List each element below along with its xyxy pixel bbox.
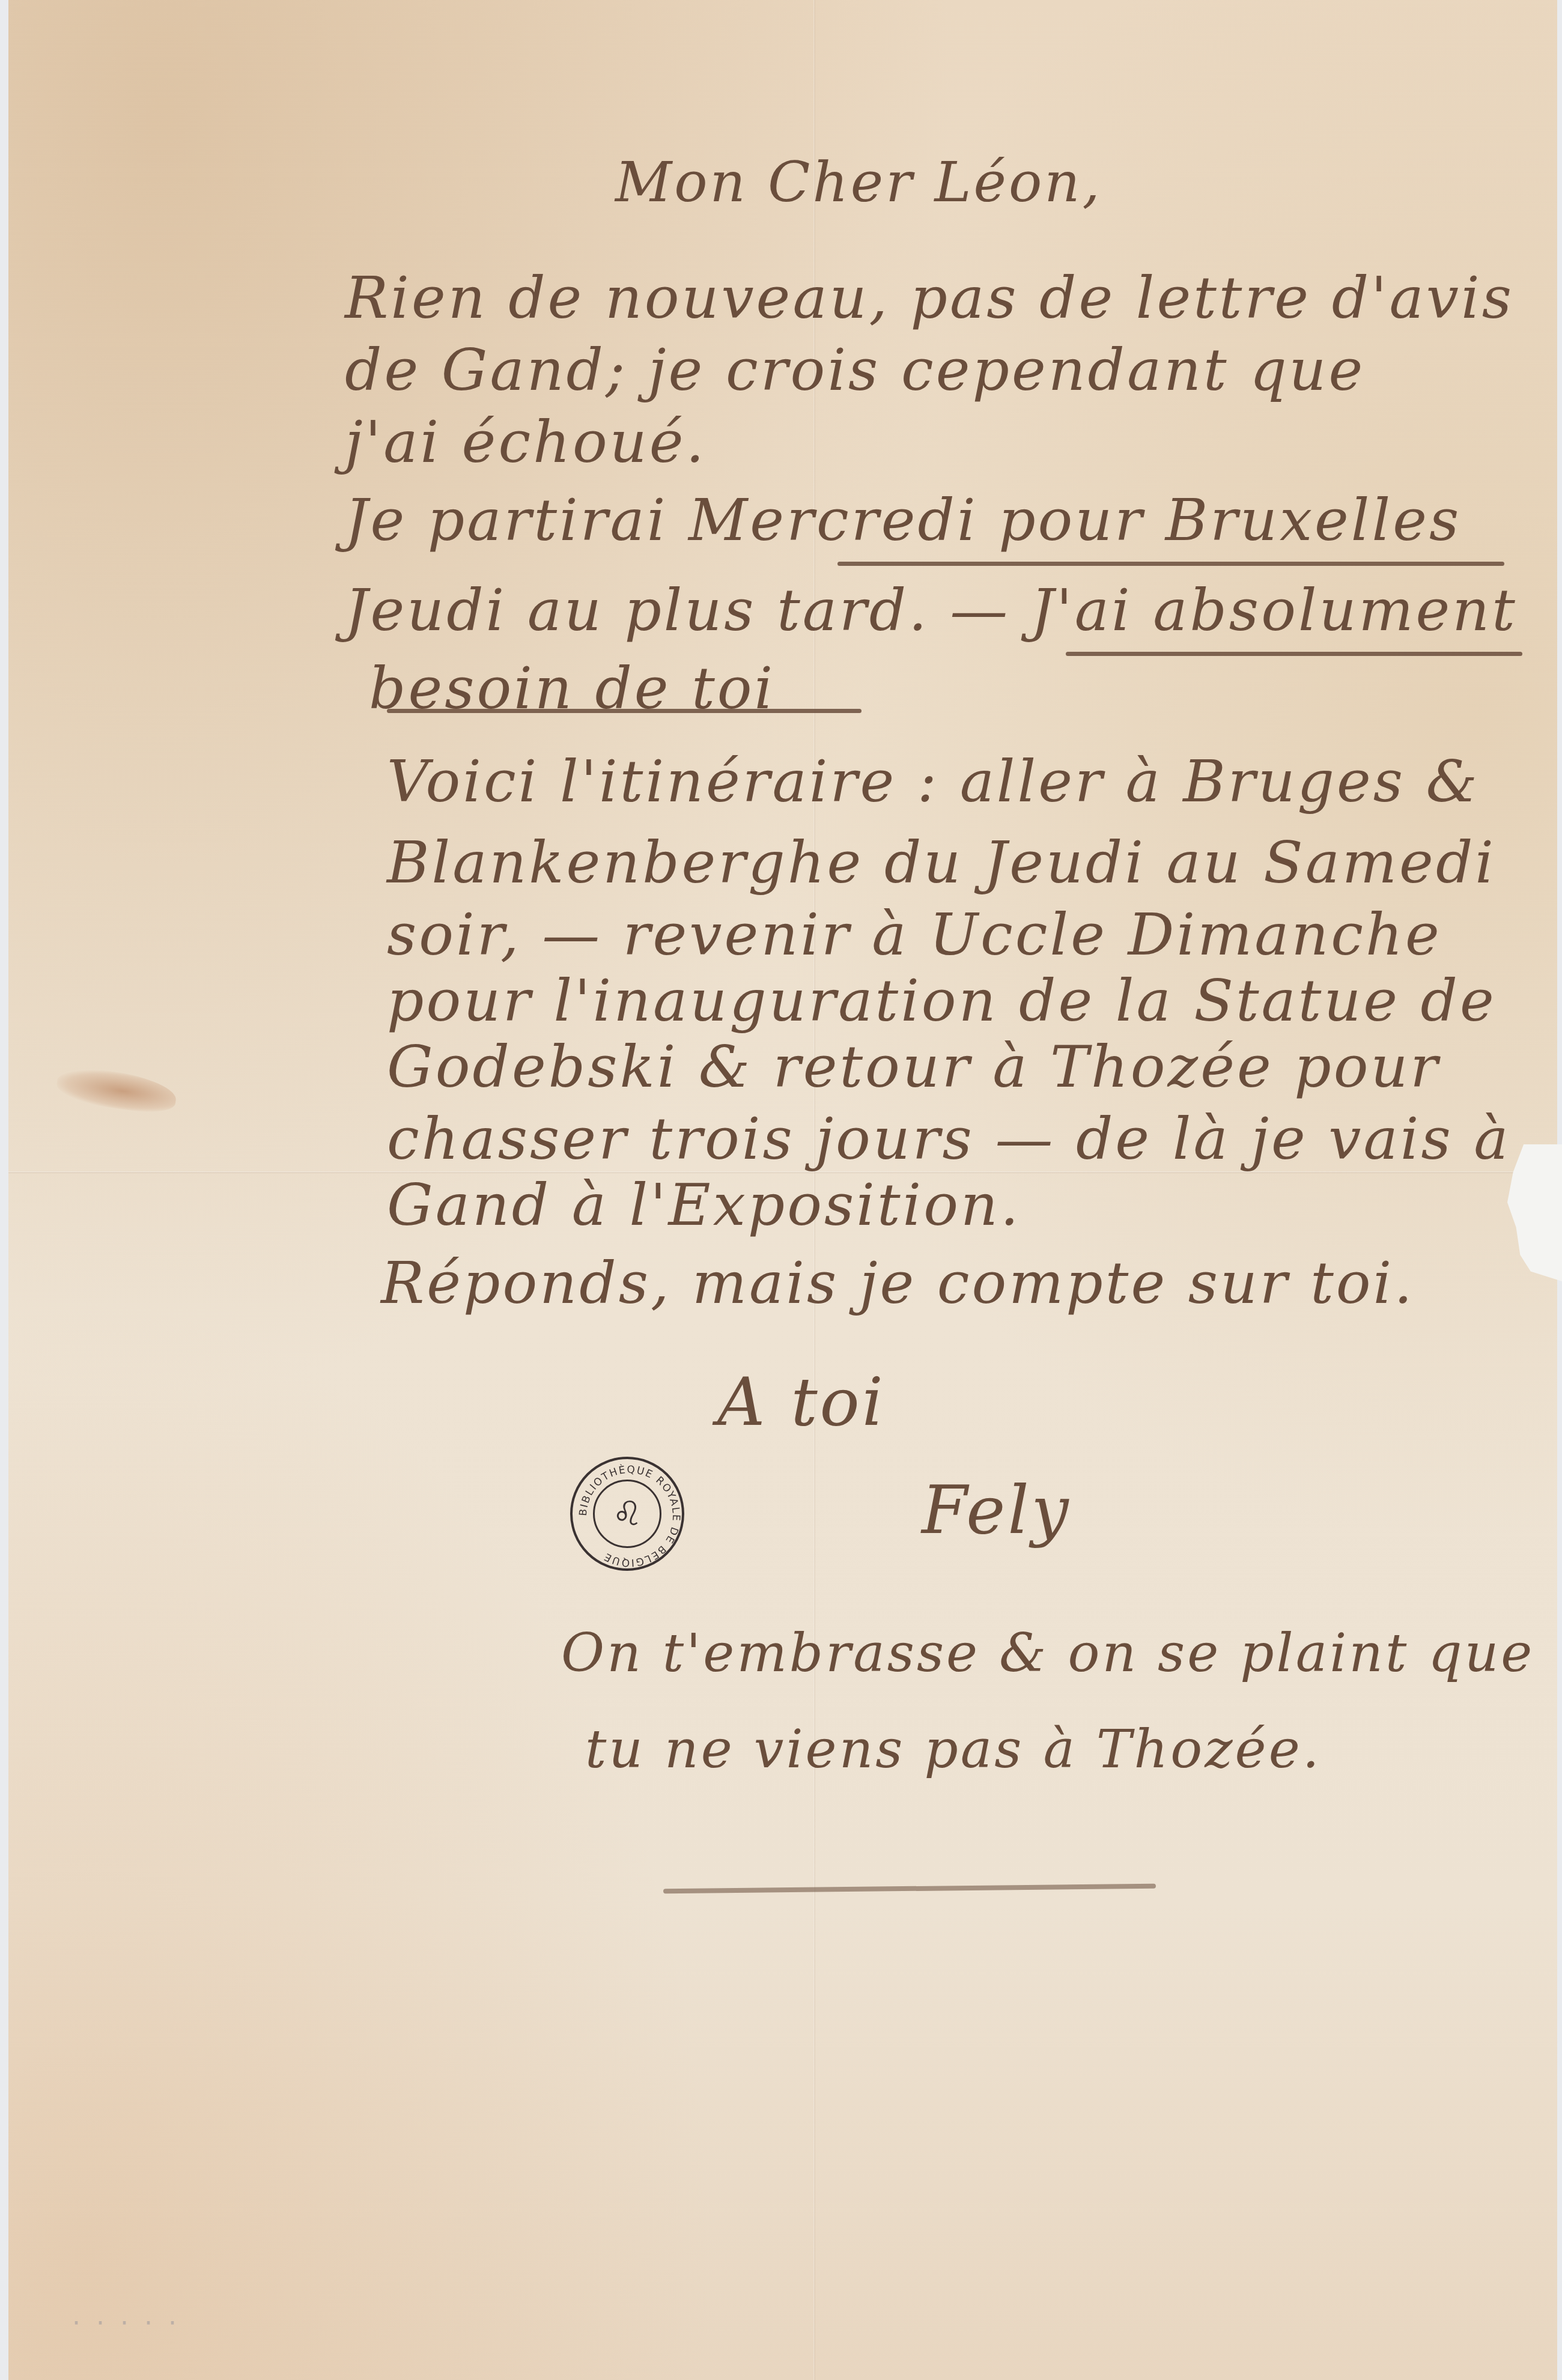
library-stamp: BIBLIOTHÈQUE ROYALE DE BELGIQUE ♌ (570, 1457, 684, 1571)
closing-flourish-line (663, 1884, 1156, 1894)
section-divider (387, 709, 862, 713)
body-line-8: Blankenberghe du Jeudi au Samedi (387, 829, 1496, 896)
underline-mercredi-bruxelles (837, 562, 1504, 566)
postscript-line-1: On t'embrasse & on se plaint que (561, 1622, 1534, 1684)
body-line-1: Rien de nouveau, pas de lettre d'avis (345, 264, 1514, 332)
lion-rampant-icon: ♌ (593, 1480, 661, 1548)
signature: Fely (922, 1472, 1071, 1549)
torn-edge (1507, 1144, 1562, 1283)
body-line-11: Godebski & retour à Thozée pour (387, 1033, 1440, 1100)
greeting: Mon Cher Léon, (615, 150, 1102, 214)
body-line-2: de Gand; je crois cependant que (345, 336, 1365, 404)
body-line-13: Gand à l'Exposition. (387, 1171, 1021, 1239)
body-line-4: Je partirai Mercredi pour Bruxelles (345, 487, 1461, 554)
postscript-line-2: tu ne viens pas à Thozée. (585, 1718, 1322, 1780)
closing: A toi (717, 1364, 886, 1440)
body-line-5: Jeudi au plus tard. — J'ai absolument (345, 577, 1518, 644)
body-line-10: pour l'inauguration de la Statue de (387, 967, 1497, 1034)
body-line-3: j'ai échoué. (345, 408, 707, 476)
ink-stain (55, 1064, 178, 1116)
pencil-shelf-mark: · · · · · (68, 2307, 177, 2337)
body-line-9: soir, — revenir à Uccle Dimanche (387, 901, 1442, 968)
body-line-14: Réponds, mais je compte sur toi. (381, 1249, 1415, 1317)
body-line-12: chasser trois jours — de là je vais à (387, 1105, 1510, 1173)
body-line-7: Voici l'itinéraire : aller à Bruges & (387, 748, 1480, 815)
letter-paper: Mon Cher Léon, Rien de nouveau, pas de l… (8, 0, 1557, 2380)
underline-absolument (1066, 652, 1522, 656)
